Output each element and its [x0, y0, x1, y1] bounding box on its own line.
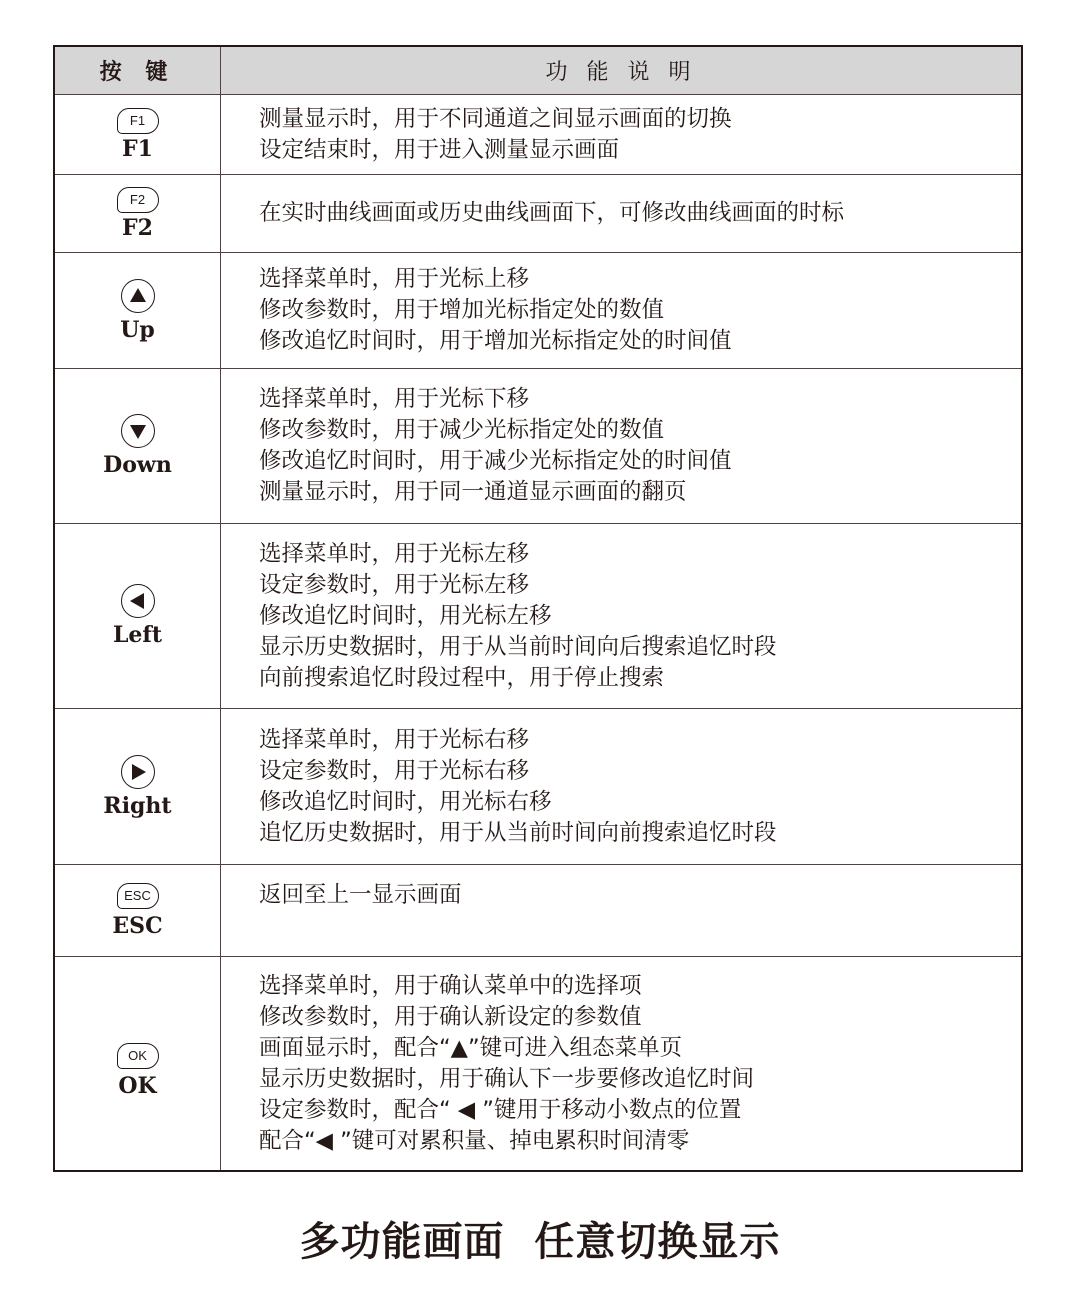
description-line: 修改参数时，用于增加光标指定处的数值 — [259, 295, 1021, 326]
description-line: 测量显示时，用于不同通道之间显示画面的切换 — [259, 104, 1021, 135]
key-name: F2 — [122, 215, 153, 241]
description-line: 向前搜索追忆时段过程中，用于停止搜索 — [259, 663, 1021, 694]
key-name: OK — [118, 1073, 156, 1099]
key-name: Up — [120, 317, 155, 343]
description-line: 设定参数时，用于光标右移 — [259, 756, 1021, 787]
table-row-up: Up 选择菜单时，用于光标上移 修改参数时，用于增加光标指定处的数值 修改追忆时… — [55, 252, 1021, 368]
description-line: 选择菜单时，用于确认菜单中的选择项 — [259, 971, 1021, 1002]
description-line: 设定结束时，用于进入测量显示画面 — [259, 135, 1021, 166]
key-f1-icon: F1 — [117, 108, 159, 134]
description-cell: 测量显示时，用于不同通道之间显示画面的切换 设定结束时，用于进入测量显示画面 — [221, 95, 1021, 174]
description-line: 测量显示时，用于同一通道显示画面的翻页 — [259, 477, 1021, 508]
description-line: 画面显示时，配合“▲”键可进入组态菜单页 — [259, 1033, 1021, 1064]
key-name: F1 — [122, 136, 153, 162]
left-arrow-icon — [121, 584, 155, 618]
header-key: 按 键 — [55, 47, 221, 94]
description-line: 在实时曲线画面或历史曲线画面下，可修改曲线画面的时标 — [259, 198, 1021, 229]
key-cell: OK OK — [55, 957, 221, 1170]
table-row-ok: OK OK 选择菜单时，用于确认菜单中的选择项 修改参数时，用于确认新设定的参数… — [55, 956, 1021, 1170]
description-cell: 选择菜单时，用于光标左移 设定参数时，用于光标左移 修改追忆时间时，用光标左移 … — [221, 524, 1021, 708]
key-name: Right — [103, 793, 171, 819]
key-f2-icon: F2 — [117, 187, 159, 213]
header-description: 功 能 说 明 — [221, 47, 1021, 94]
footer-slogan: 多功能画面 任意切换显示 — [0, 1210, 1080, 1267]
description-line: 修改追忆时间时，用光标右移 — [259, 787, 1021, 818]
table-row-down: Down 选择菜单时，用于光标下移 修改参数时，用于减少光标指定处的数值 修改追… — [55, 368, 1021, 523]
key-cell: F2 F2 — [55, 175, 221, 252]
key-cell: Left — [55, 524, 221, 708]
down-arrow-icon — [121, 414, 155, 448]
key-cell: ESC ESC — [55, 865, 221, 956]
table-row-f2: F2 F2 在实时曲线画面或历史曲线画面下，可修改曲线画面的时标 — [55, 174, 1021, 252]
table-row-right: Right 选择菜单时，用于光标右移 设定参数时，用于光标右移 修改追忆时间时，… — [55, 708, 1021, 864]
description-cell: 在实时曲线画面或历史曲线画面下，可修改曲线画面的时标 — [221, 175, 1021, 252]
key-esc-icon: ESC — [117, 883, 159, 909]
key-cell: Right — [55, 709, 221, 864]
description-line: 返回至上一显示画面 — [259, 880, 1021, 911]
description-line: 显示历史数据时，用于确认下一步要修改追忆时间 — [259, 1064, 1021, 1095]
description-cell: 选择菜单时，用于确认菜单中的选择项 修改参数时，用于确认新设定的参数值 画面显示… — [221, 957, 1021, 1170]
description-line: 选择菜单时，用于光标左移 — [259, 539, 1021, 570]
description-line: 显示历史数据时，用于从当前时间向后搜索追忆时段 — [259, 632, 1021, 663]
description-line: 设定参数时，用于光标左移 — [259, 570, 1021, 601]
table-row-f1: F1 F1 测量显示时，用于不同通道之间显示画面的切换 设定结束时，用于进入测量… — [55, 94, 1021, 174]
description-line: 配合“◀ ”键可对累积量、掉电累积时间清零 — [259, 1126, 1021, 1157]
description-line: 选择菜单时，用于光标右移 — [259, 725, 1021, 756]
key-name: ESC — [112, 913, 162, 939]
description-cell: 选择菜单时，用于光标上移 修改参数时，用于增加光标指定处的数值 修改追忆时间时，… — [221, 253, 1021, 368]
key-cell: Up — [55, 253, 221, 368]
description-line: 追忆历史数据时，用于从当前时间向前搜索追忆时段 — [259, 818, 1021, 849]
description-cell: 选择菜单时，用于光标下移 修改参数时，用于减少光标指定处的数值 修改追忆时间时，… — [221, 369, 1021, 523]
key-name: Down — [103, 452, 172, 478]
description-line: 选择菜单时，用于光标上移 — [259, 264, 1021, 295]
key-cell: Down — [55, 369, 221, 523]
description-cell: 返回至上一显示画面 — [221, 865, 1021, 956]
key-cell: F1 F1 — [55, 95, 221, 174]
key-function-table: 按 键 功 能 说 明 F1 F1 测量显示时，用于不同通道之间显示画面的切换 … — [53, 45, 1023, 1172]
description-line: 修改参数时，用于减少光标指定处的数值 — [259, 415, 1021, 446]
key-name: Left — [113, 622, 162, 648]
table-row-esc: ESC ESC 返回至上一显示画面 — [55, 864, 1021, 956]
description-line: 修改追忆时间时，用于减少光标指定处的时间值 — [259, 446, 1021, 477]
table-row-left: Left 选择菜单时，用于光标左移 设定参数时，用于光标左移 修改追忆时间时，用… — [55, 523, 1021, 708]
description-line: 选择菜单时，用于光标下移 — [259, 384, 1021, 415]
right-arrow-icon — [121, 755, 155, 789]
table-header: 按 键 功 能 说 明 — [55, 47, 1021, 94]
description-line: 修改参数时，用于确认新设定的参数值 — [259, 1002, 1021, 1033]
description-cell: 选择菜单时，用于光标右移 设定参数时，用于光标右移 修改追忆时间时，用光标右移 … — [221, 709, 1021, 864]
up-arrow-icon — [121, 279, 155, 313]
description-line: 修改追忆时间时，用光标左移 — [259, 601, 1021, 632]
description-line: 设定参数时，配合“ ◀ ”键用于移动小数点的位置 — [259, 1095, 1021, 1126]
key-ok-icon: OK — [117, 1043, 159, 1069]
description-line: 修改追忆时间时，用于增加光标指定处的时间值 — [259, 326, 1021, 357]
